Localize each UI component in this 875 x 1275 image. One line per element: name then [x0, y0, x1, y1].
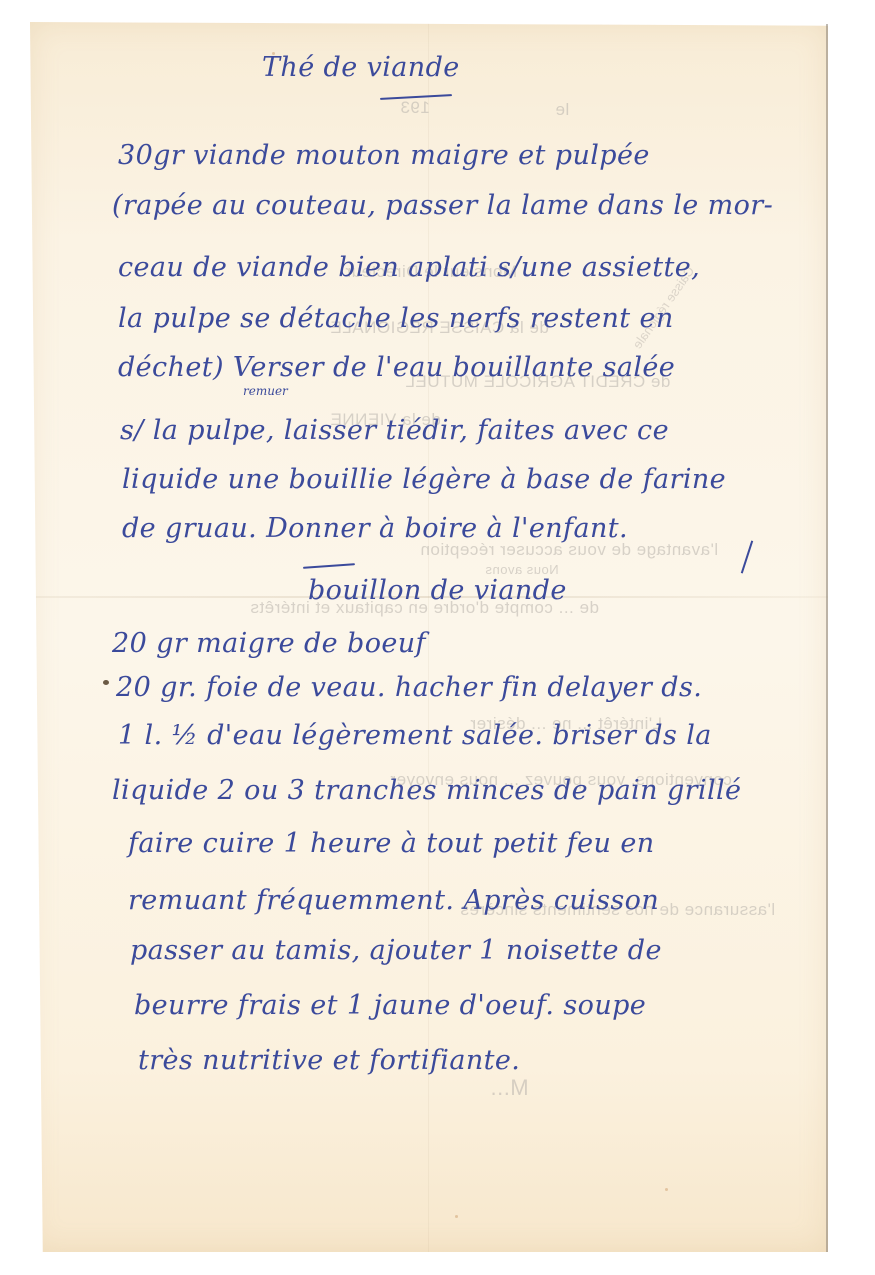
recipe-1-line: de gruau. Donner à boire à l'enfant. [122, 513, 628, 544]
recipe-title: Thé de viande [262, 52, 460, 83]
paper-speck [272, 52, 275, 55]
recipe-2-line: beurre frais et 1 jaune d'oeuf. soupe [134, 990, 646, 1021]
recipe-1-line: 30gr viande mouton maigre et pulpée [118, 140, 650, 171]
recipe-2-line: passer au tamis, ajouter 1 noisette de [130, 935, 662, 966]
recipe-1-line: ceau de viande bien aplati s/une assiett… [118, 252, 700, 283]
recipe-1-line: liquide une bouillie légère à base de fa… [122, 464, 726, 495]
recipe-2-line: 20 gr maigre de boeuf [112, 628, 426, 659]
recipe-2-line: très nutritive et fortifiante. [138, 1045, 520, 1076]
bleed-text: M... [490, 1075, 529, 1101]
recipe-1-insertion: remuer [243, 384, 288, 398]
bleed-text: 193 [400, 98, 430, 118]
recipe-2-line: liquide 2 ou 3 tranches minces de pain g… [112, 775, 741, 806]
paper-speck [455, 1215, 458, 1218]
recipe-2-line: faire cuire 1 heure à tout petit feu en [128, 828, 655, 859]
bleed-text: le [555, 100, 569, 120]
ink-spot [103, 680, 109, 685]
recipe-1-line: (rapée au couteau, passer la lame dans l… [112, 190, 773, 221]
recipe-2-line: remuant fréquemment. Après cuisson [128, 885, 659, 916]
recipe-2-line: 20 gr. foie de veau. hacher fin delayer … [116, 672, 702, 703]
recipe-2-line: 1 l. ½ d'eau légèrement salée. briser ds… [118, 720, 712, 751]
recipe-1-line: s/ la pulpe, laisser tiédir, faites avec… [120, 415, 669, 446]
recipe-1-line: la pulpe se détache les nerfs restent en [118, 303, 674, 334]
recipe-2-title: bouillon de viande [308, 575, 567, 606]
recipe-1-line: déchet) Verser de l'eau bouillante salée [118, 352, 675, 383]
paper-speck [665, 1188, 668, 1191]
paper-edge-shadow [826, 24, 828, 1252]
